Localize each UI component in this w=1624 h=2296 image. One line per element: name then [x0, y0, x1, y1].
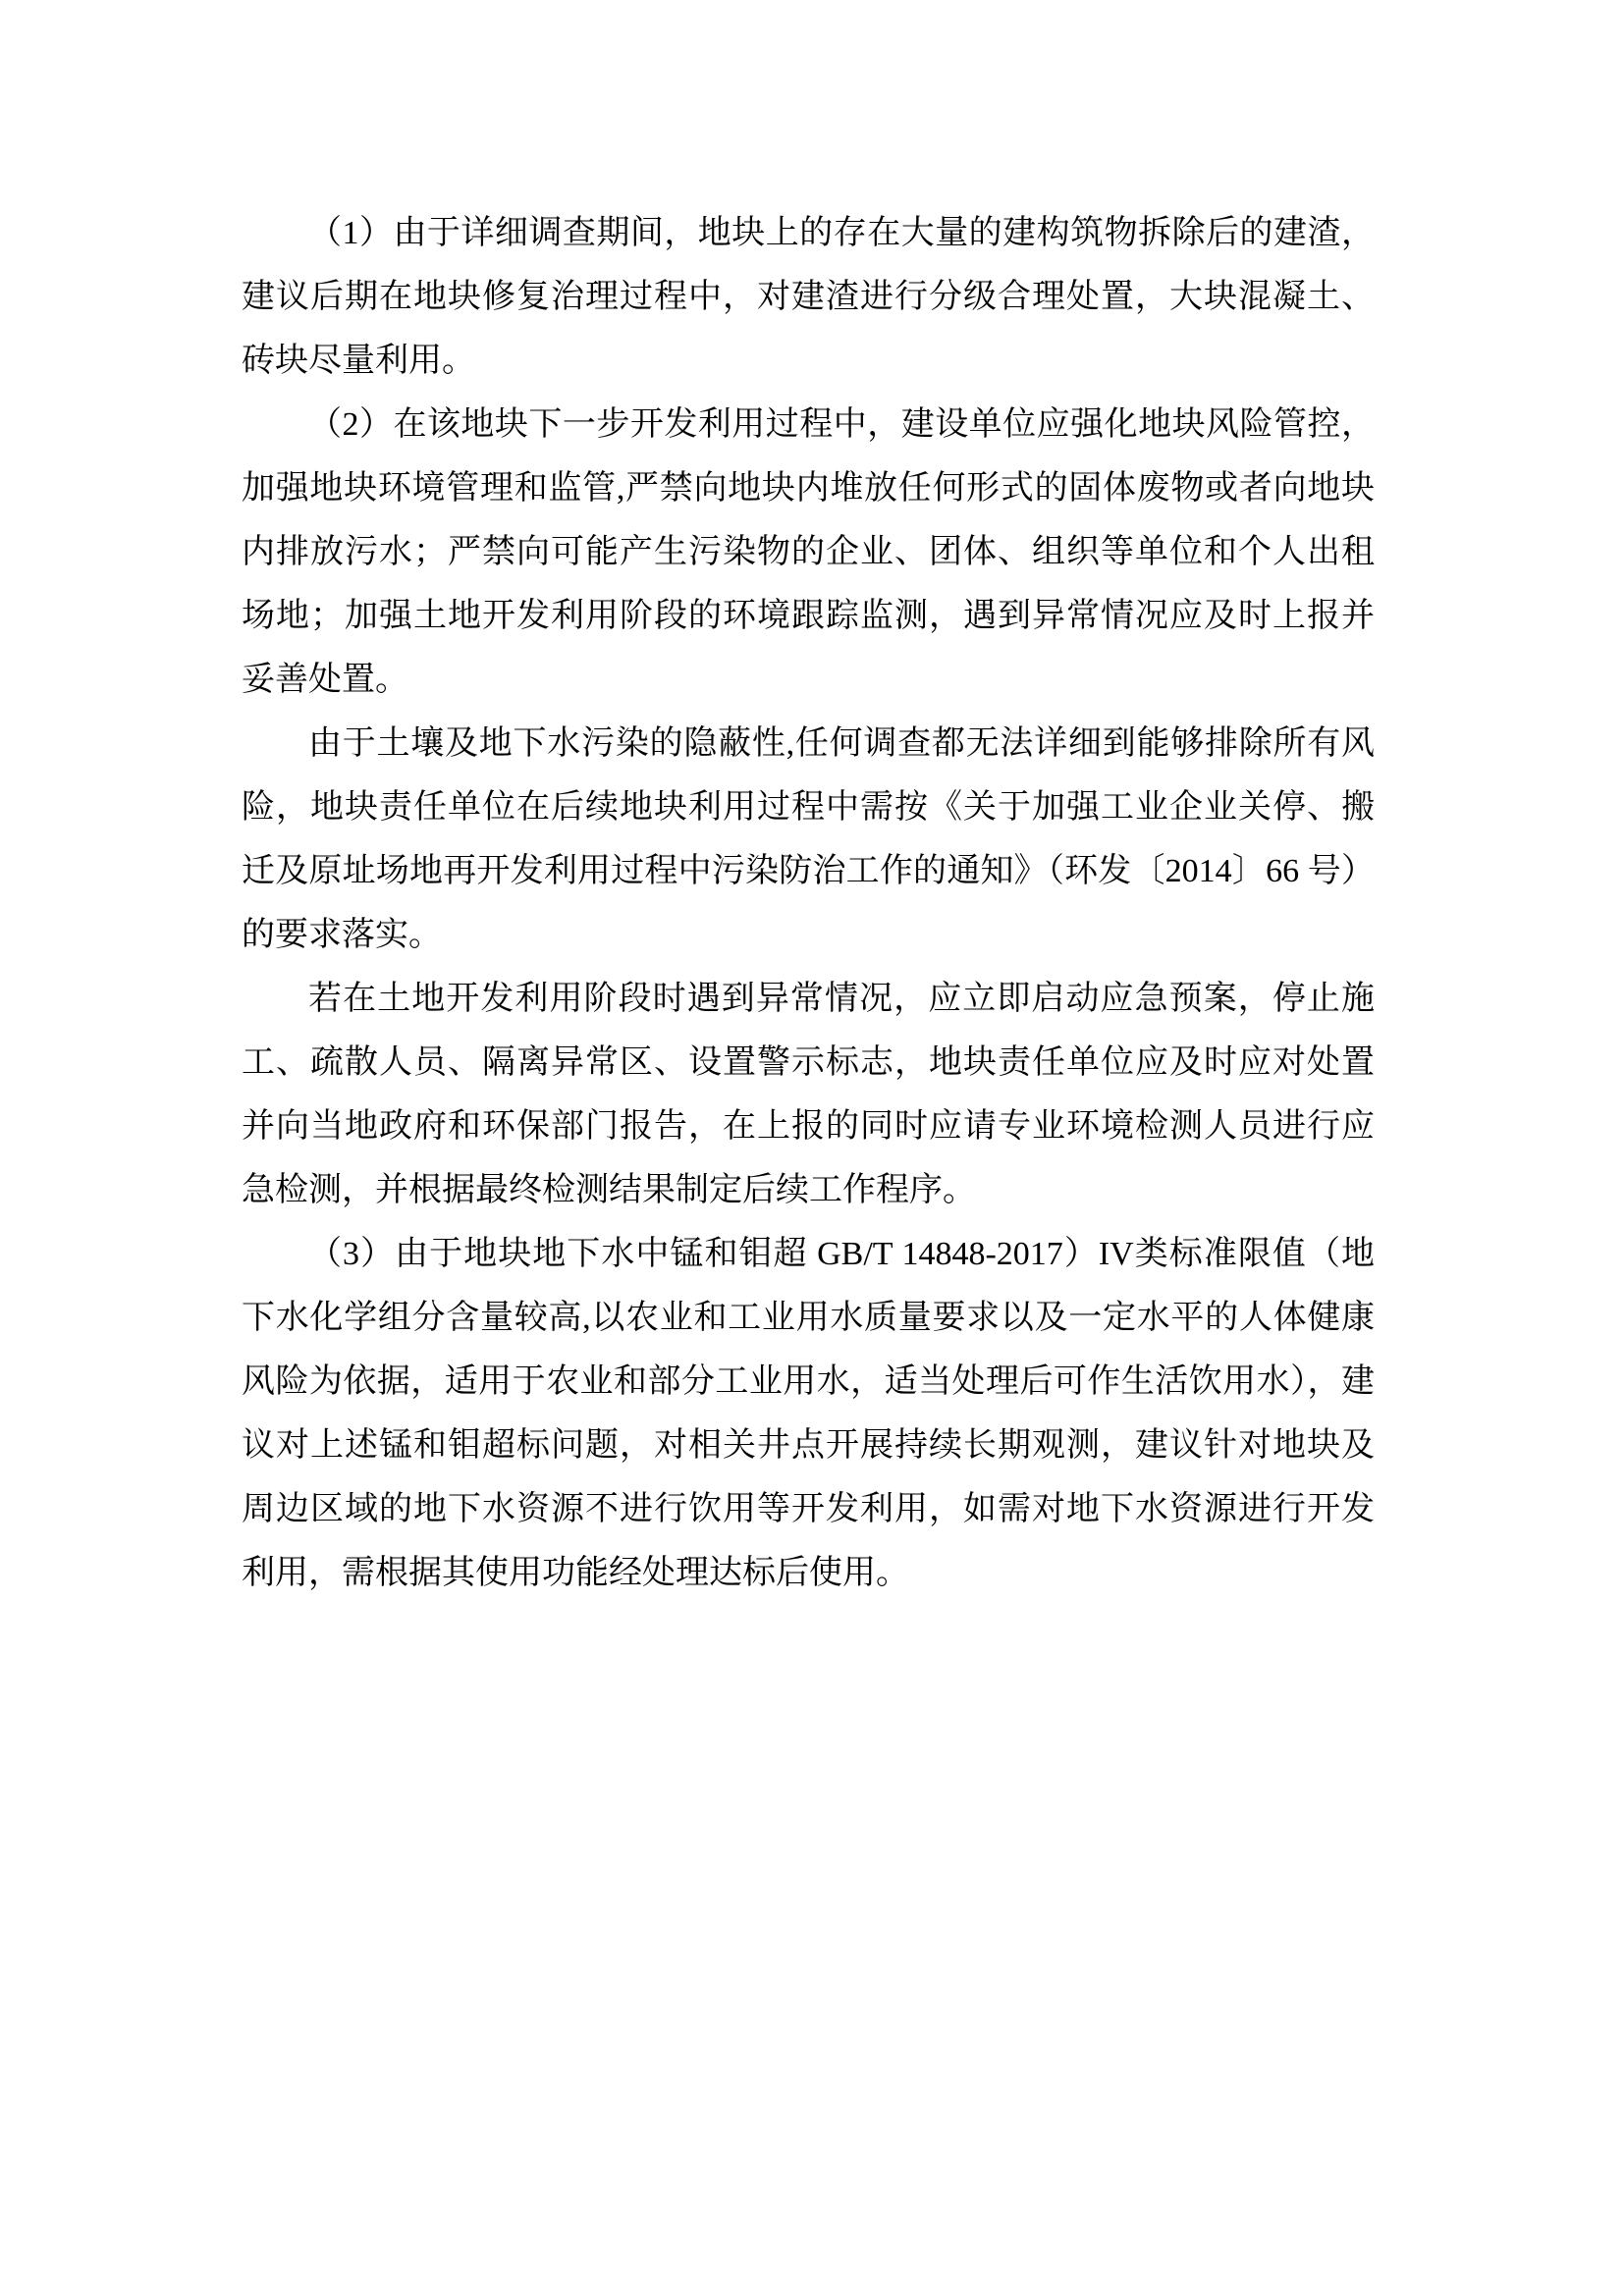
paragraph-recommendation-1: （1）由于详细调查期间，地块上的存在大量的建构筑物拆除后的建渣，建议后期在地块修… — [242, 201, 1375, 393]
document-page: （1）由于详细调查期间，地块上的存在大量的建构筑物拆除后的建渣，建议后期在地块修… — [0, 0, 1624, 2296]
document-body: （1）由于详细调查期间，地块上的存在大量的建构筑物拆除后的建渣，建议后期在地块修… — [242, 201, 1375, 1605]
paragraph-recommendation-3: （3）由于地块地下水中锰和钼超 GB/T 14848-2017）IV类标准限值（… — [242, 1222, 1375, 1605]
paragraph-emergency-plan: 若在土地开发利用阶段时遇到异常情况，应立即启动应急预案，停止施工、疏散人员、隔离… — [242, 967, 1375, 1222]
paragraph-recommendation-2: （2）在该地块下一步开发利用过程中，建设单位应强化地块风险管控，加强地块环境管理… — [242, 393, 1375, 712]
paragraph-uncertainty-note: 由于土壤及地下水污染的隐蔽性,任何调查都无法详细到能够排除所有风险，地块责任单位… — [242, 712, 1375, 967]
